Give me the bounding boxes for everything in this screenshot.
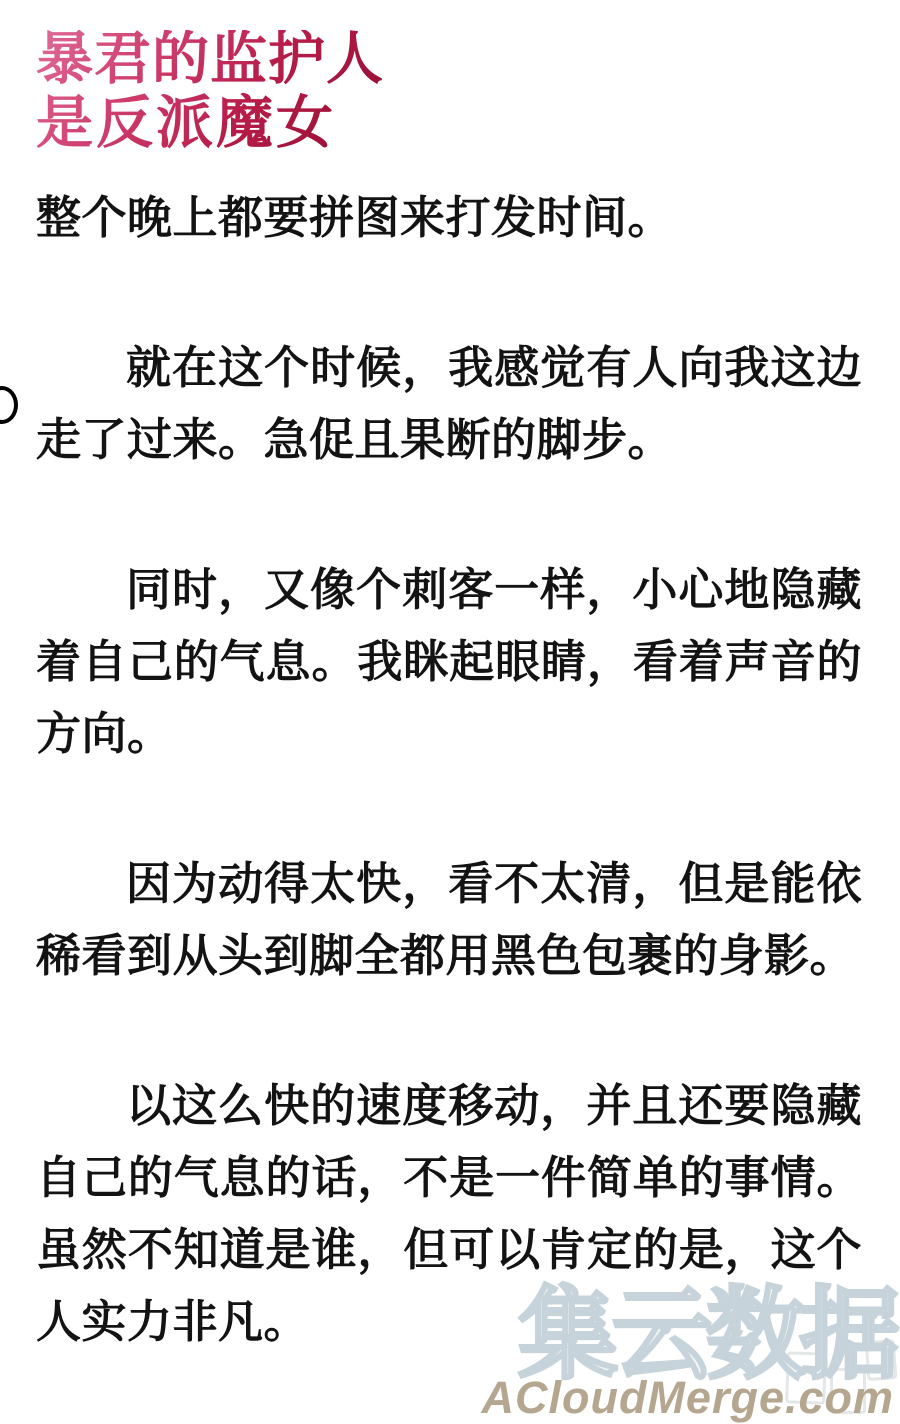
series-logo-line1: 暴君的监护人	[36, 30, 384, 90]
series-logo-line2: 是反派魔女	[36, 94, 384, 154]
site-watermark: 集云数据 ACloudMerge.com	[481, 1284, 894, 1424]
watermark-domain-text: ACloudMerge.com	[481, 1372, 894, 1424]
paragraph-1: 整个晚上都要拼图来打发时间。	[36, 182, 862, 254]
paragraph-4: 因为动得太快，看不太清，但是能依稀看到从头到脚全都用黑色包裹的身影。	[36, 848, 862, 992]
story-text-block: 整个晚上都要拼图来打发时间。 就在这个时候，我感觉有人向我这边走了过来。急促且果…	[36, 182, 862, 1358]
comic-novel-page: 暴君的监护人 是反派魔女 整个晚上都要拼图来打发时间。 就在这个时候，我感觉有人…	[0, 0, 900, 1424]
paragraph-2: 就在这个时候，我感觉有人向我这边走了过来。急促且果断的脚步。	[36, 332, 862, 476]
page-edge-glyph-fragment	[0, 386, 18, 424]
series-logo: 暴君的监护人 是反派魔女	[36, 30, 384, 155]
paragraph-3: 同时，又像个刺客一样，小心地隐藏着自己的气息。我眯起眼睛，看着声音的方向。	[36, 554, 862, 770]
watermark-chinese-text: 集云数据	[481, 1284, 894, 1386]
